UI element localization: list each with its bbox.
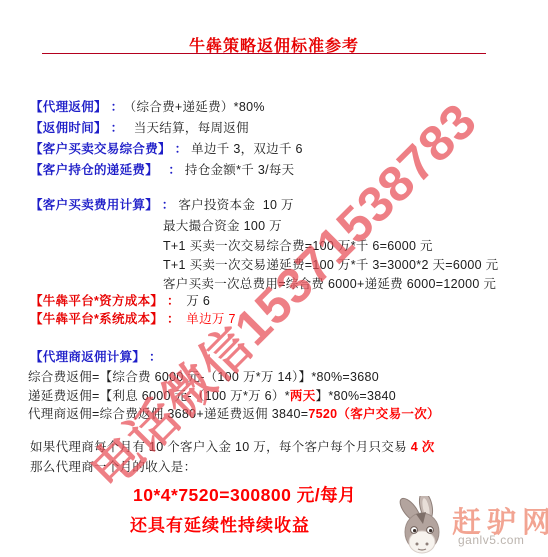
text-segment: 两天 [290, 389, 316, 403]
text-segment: 【牛犇平台*资方成本】 ： [30, 294, 174, 308]
text-line: 那么代理商一个月的收入是： [30, 460, 196, 475]
text-segment: T+1 买卖一次交易递延费=100 万*千 3=3000*2 天=6000 元 [163, 258, 498, 272]
site-domain: ganlv5.com [458, 533, 524, 547]
text-segment: T+1 买卖一次交易综合费=100 万*千 6=6000 元 [163, 239, 433, 253]
text-segment: 【客户买卖交易综合费】 ： [30, 142, 187, 156]
text-line: 如果代理商每个月有 10 个客户入金 10 万，每个客户每个月只交易 4 次 [30, 440, 435, 455]
text-line: 最大撮合资金 100 万 [163, 219, 282, 234]
text-segment: 【客户买卖费用计算】 ： [30, 198, 175, 212]
text-segment: 递延费返佣=【利息 6000 元-（100 万*万 6）* [28, 389, 290, 403]
text-segment: 如果代理商每个月有 10 个客户入金 10 万，每个客户每个月只交易 [30, 440, 411, 454]
document-page: 牛犇策略返佣标准参考 【代理返佣】 ： （综合费+递延费）*80%【返佣时间】 … [0, 0, 548, 557]
text-line: 【客户持仓的递延费】 ： 持仓金额*千 3/每天 [30, 163, 294, 178]
site-logo: 赶驴网 ganlv5.com [396, 496, 548, 556]
text-line: 递延费返佣=【利息 6000 元-（100 万*万 6）*两天】*80%=384… [28, 389, 396, 404]
text-segment: 客户买卖一次总费用=综合费 6000+递延费 6000=12000 元 [163, 277, 496, 291]
text-line: T+1 买卖一次交易递延费=100 万*千 3=3000*2 天=6000 元 [163, 258, 498, 273]
text-line: 【牛犇平台*资方成本】 ： 万 6 [30, 294, 210, 309]
text-segment: （客户交易一次） [337, 407, 439, 421]
text-line: 【牛犇平台*系统成本】 ： 单边万 7 [30, 312, 236, 327]
text-line: 【客户买卖交易综合费】 ： 单边千 3，双边千 6 [30, 142, 303, 157]
text-line: 客户买卖一次总费用=综合费 6000+递延费 6000=12000 元 [163, 277, 496, 292]
text-segment: 【代理返佣】 ： [30, 100, 117, 114]
text-segment: 还具有延续性持续收益 [130, 516, 310, 535]
text-segment: 单边万 7 [174, 312, 236, 326]
text-segment: 7520 [308, 407, 337, 421]
text-line: 还具有延续性持续收益 [130, 516, 310, 536]
text-segment: 】*80%=3840 [316, 389, 397, 403]
text-segment: 【返佣时间】 ： [30, 121, 117, 135]
text-segment: 【代理商返佣计算】 ： [30, 350, 162, 364]
text-line: 代理商返佣=综合费返佣 3680+递延费返佣 3840=7520（客户交易一次） [28, 407, 440, 422]
text-segment: 4 次 [411, 440, 435, 454]
text-segment: 代理商返佣=综合费返佣 3680+递延费返佣 3840= [28, 407, 308, 421]
text-line: 综合费返佣=【综合费 6000 元-（100 万*万 14）】*80%=3680 [28, 370, 379, 385]
text-segment: 那么代理商一个月的收入是： [30, 460, 196, 474]
text-line: 【客户买卖费用计算】 ： 客户投资本金 10 万 [30, 198, 294, 213]
text-segment: 当天结算，每周返佣 [117, 121, 249, 135]
text-line: 10*4*7520=300800 元/每月 [133, 485, 356, 505]
text-line: 【代理返佣】 ： （综合费+递延费）*80% [30, 100, 265, 115]
title-underline [42, 53, 486, 54]
text-segment: 综合费返佣=【综合费 6000 元-（100 万*万 14）】*80%=3680 [28, 370, 379, 384]
text-line: T+1 买卖一次交易综合费=100 万*千 6=6000 元 [163, 239, 433, 254]
text-segment: 客户投资本金 10 万 [175, 198, 294, 212]
text-line: 【返佣时间】 ： 当天结算，每周返佣 [30, 121, 249, 136]
text-segment: 持仓金额*千 3/每天 [181, 163, 294, 177]
text-segment: 单边千 3，双边千 6 [187, 142, 302, 156]
text-segment: 10*4*7520=300800 元/每月 [133, 485, 356, 505]
text-segment: （综合费+递延费）*80% [117, 100, 265, 114]
text-segment: 最大撮合资金 100 万 [163, 219, 282, 233]
text-segment: 【客户持仓的递延费】 ： [30, 163, 181, 177]
donkey-head-icon [396, 496, 450, 556]
text-segment: 万 6 [174, 294, 211, 308]
text-segment: 【牛犇平台*系统成本】 ： [30, 312, 174, 326]
text-line: 【代理商返佣计算】 ： [30, 350, 162, 365]
